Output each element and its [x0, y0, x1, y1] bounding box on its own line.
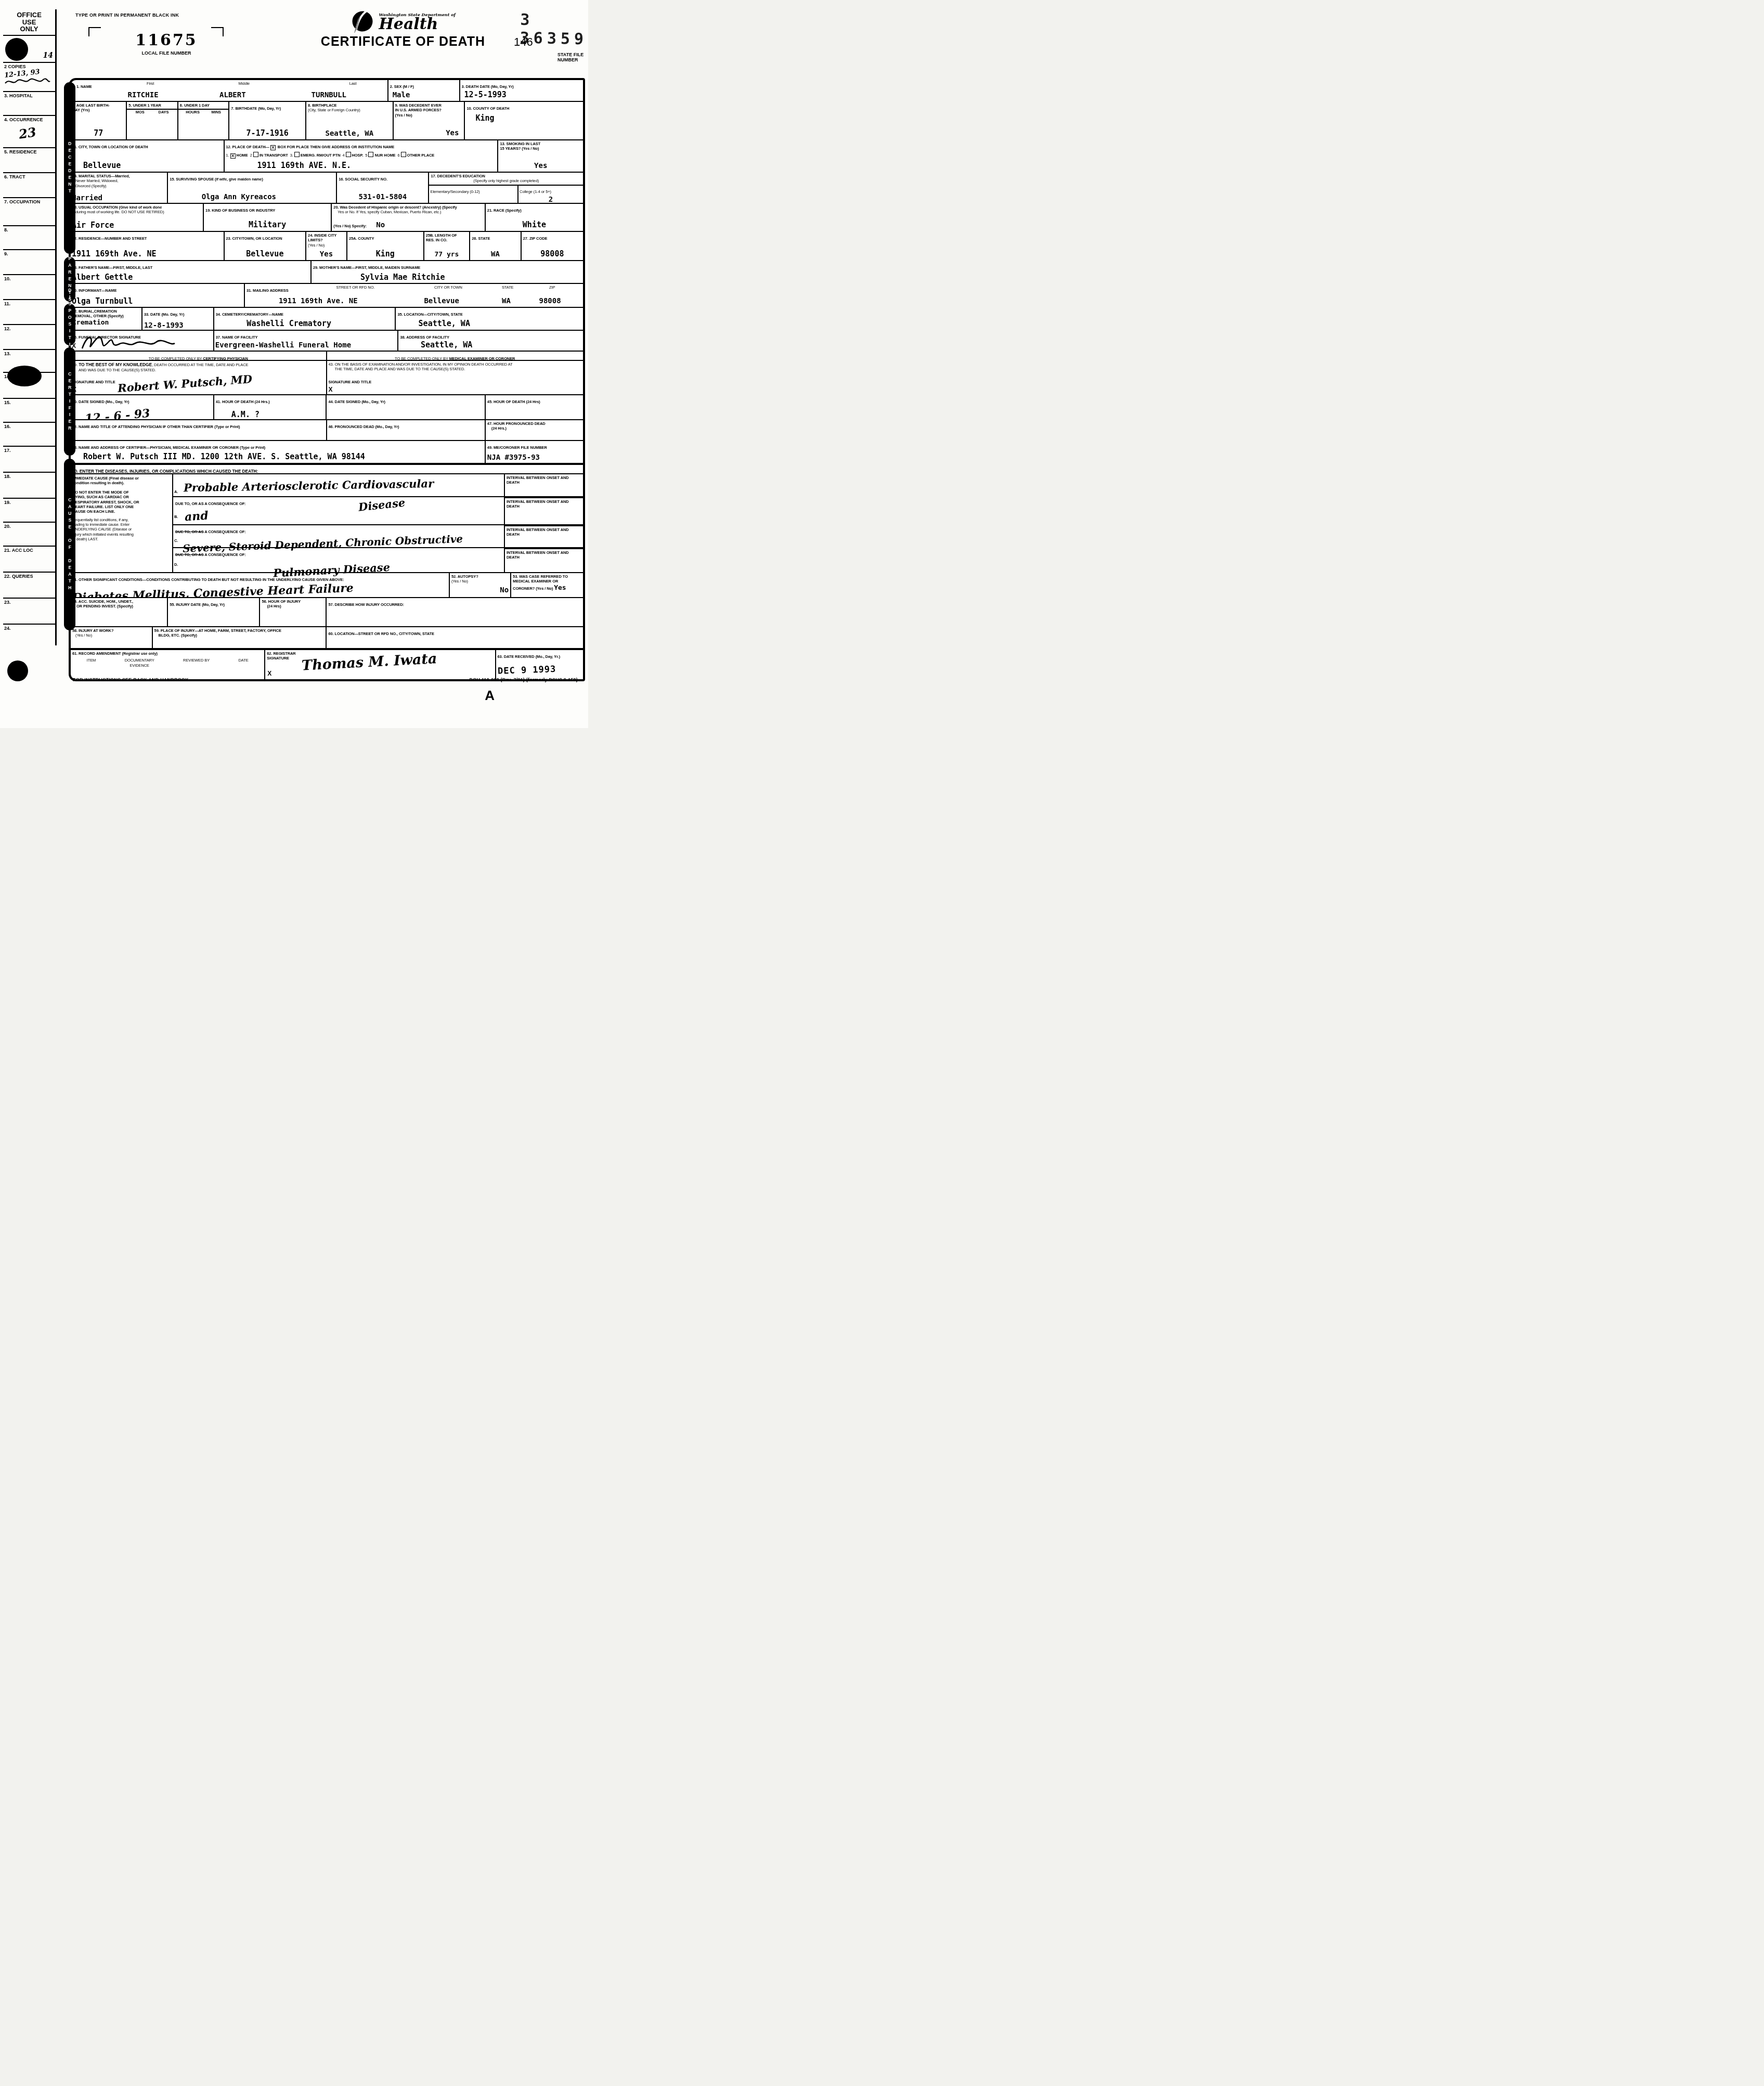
- margin-item: 19.: [3, 499, 55, 523]
- margin-item: 6. TRACT: [3, 173, 55, 198]
- field-hispanic-origin: 20. Was Decedent of Hispanic origin or d…: [332, 204, 486, 231]
- inside-city-value: Yes: [306, 250, 346, 258]
- cause-a-value-continued: Disease: [358, 496, 406, 513]
- copies-cell: 2 COPIES 12-13, 93: [3, 63, 55, 92]
- interval-b: INTERVAL BETWEEN ONSET ANDDEATH: [504, 497, 583, 524]
- home-checkbox: X: [230, 153, 236, 159]
- field-inside-city-limits: 24. INSIDE CITY LIMITS? (Yes / No) Yes: [306, 232, 347, 260]
- mailing-state-value: WA: [502, 297, 511, 305]
- row-certifier-name: 48. NAME AND ADDRESS OF CERTIFIER—PHYSIC…: [71, 441, 583, 464]
- name-middle-value: ALBERT: [219, 91, 246, 99]
- mailing-zip-value: 98008: [539, 297, 561, 305]
- field-cemetery-location: 35. LOCATION—CITY/TOWN, STATE Seattle, W…: [396, 308, 583, 330]
- field-city-of-death: 11. CITY, TOWN OR LOCATION OF DEATH Bell…: [71, 140, 225, 172]
- place-of-death-address-value: 1911 169th AVE. N.E.: [257, 161, 496, 170]
- city-of-death-value: Bellevue: [83, 161, 121, 170]
- field-residence-county: 25A. COUNTY King: [347, 232, 424, 260]
- field-cemetery: 34. CEMETERY/CREMATORY—NAME Washelli Cre…: [214, 308, 396, 330]
- ssn-value: 531-01-5804: [337, 193, 428, 201]
- row-injury-bottom: 58. INJURY AT WORK? (Yes / No) 59. PLACE…: [71, 627, 583, 649]
- certifying-physician-signature: Robert W. Putsch, MD: [117, 372, 252, 394]
- cause-instructions: IMMEDIATE CAUSE (Final disease or condit…: [71, 474, 173, 572]
- field-marital-status: 14. MARITAL STATUS—Married, Never Marrie…: [71, 173, 168, 203]
- disposition-date-value: 12-8-1993: [144, 321, 212, 330]
- informant-value: Olga Turnbull: [72, 296, 133, 306]
- field-informant: 30. INFORMANT—NAME Olga Turnbull: [71, 284, 245, 307]
- office-use-margin: OFFICE USE ONLY 14 2 COPIES 12-13, 93 3.…: [3, 9, 57, 645]
- field-57-how-injury: 57. DESCRIBE HOW INJURY OCCURRED:: [327, 598, 583, 626]
- field-60-injury-location: 60. LOCATION—STREET OR RFD NO., CITY/TOW…: [327, 627, 583, 648]
- field-49-me-file-number: 49. ME/CORONER FILE NUMBER NJA #3975-93: [486, 441, 583, 463]
- hour-of-death-value: A.M. ?: [231, 410, 325, 419]
- margin-item: 7. OCCUPATION: [3, 198, 55, 226]
- field-industry: 19. KIND OF BUSINESS OR INDUSTRY Militar…: [204, 204, 332, 231]
- copies-label: 2 COPIES: [4, 64, 26, 69]
- birthdate-value: 7-17-1916: [229, 128, 305, 138]
- footer-instructions: FOR INSTRUCTIONS SEE BACK AND HANDBOOK: [73, 677, 189, 682]
- certifier-name-value: Robert W. Putsch III MD. 1200 12th AVE. …: [83, 452, 365, 461]
- place-of-death-options: 1.XHOME 2IN TRANSPORT 3.EMERG. RM/OUT PT…: [226, 152, 496, 159]
- hosp-checkbox: [346, 152, 351, 157]
- ink-blob: [7, 660, 28, 681]
- field-56-injury-hour: 56. HOUR OF INJURY (24 Hrs): [260, 598, 327, 626]
- row-date-signed: 40. DATE SIGNED (Mo., Day, Yr) 12 - 6 - …: [71, 395, 583, 420]
- field-county-of-death: 10. COUNTY OF DEATH King: [465, 102, 583, 139]
- mother-name-value: Sylvia Mae Ritchie: [360, 273, 445, 282]
- row-attending-physician: 42. NAME AND TITLE OF ATTENDING PHYSICIA…: [71, 420, 583, 441]
- birthplace-value: Seattle, WA: [306, 129, 392, 138]
- age-value: 77: [71, 128, 126, 138]
- footer-form-number: DOH 110-008 (Rev. 7/91) (formerly DSHS 9…: [470, 677, 578, 682]
- field-facility-name: 37. NAME OF FACILITY Evergreen-Washelli …: [214, 331, 399, 351]
- field-40-date-signed: 40. DATE SIGNED (Mo., Day, Yr) 12 - 6 - …: [71, 395, 214, 419]
- field-surviving-spouse: 15. SURVIVING SPOUSE (if wife, give maid…: [168, 173, 337, 203]
- margin-item: 24.: [3, 625, 55, 645]
- ink-blob: [7, 366, 42, 386]
- field-funeral-director-signature: 36. FUNERAL DIRECTOR SIGNATURE X: [71, 331, 214, 351]
- field-under-1-year: 5. UNDER 1 YEAR MOS DAYS: [127, 102, 178, 139]
- field-54-acc-suicide: 54. ACC. SUICIDE, HOM., UNDET., OR PENDI…: [71, 598, 168, 626]
- margin-item: 18.: [3, 473, 55, 499]
- date-received-stamp: DEC 9 1993: [497, 663, 581, 677]
- field-50-cause-header: 50. ENTER THE DISEASES, INJURIES, OR COM…: [71, 465, 583, 473]
- field-mother-name: 29. MOTHER'S NAME—FIRST, MIDDLE, MAIDEN …: [312, 261, 583, 283]
- field-48-certifier-name: 48. NAME AND ADDRESS OF CERTIFIER—PHYSIC…: [71, 441, 486, 463]
- industry-value: Military: [204, 220, 331, 229]
- field-ssn: 16. SOCIAL SECURITY NO. 531-01-5804: [337, 173, 429, 203]
- field-education: 17. DECEDENT'S EDUCATION (Specify only h…: [429, 173, 583, 203]
- office-use-only-label: OFFICE USE ONLY: [3, 9, 55, 36]
- me-file-number-value: NJA #3975-93: [487, 454, 581, 462]
- logo-health-text: Health: [379, 17, 456, 31]
- hispanic-value: No: [376, 221, 385, 229]
- margin-item: 8.: [3, 226, 55, 250]
- field-42-attending-physician: 42. NAME AND TITLE OF ATTENDING PHYSICIA…: [71, 420, 327, 440]
- field-mailing-address: 31. MAILING ADDRESS STREET OR RFD NO. CI…: [245, 284, 583, 307]
- residence-state-value: WA: [470, 250, 521, 258]
- residence-city-value: Bellevue: [225, 249, 306, 258]
- margin-item: 10.: [3, 275, 55, 300]
- field-under-1-day: 6. UNDER 1 DAY HOURS MINS: [178, 102, 230, 139]
- field-smoking: 13. SMOKING IN LAST 15 YEARS? (Yes / No)…: [498, 140, 583, 172]
- field-41-hour-of-death: 41. HOUR OF DEATH (24 Hrs.) A.M. ?: [214, 395, 327, 419]
- marital-status-value: Married: [72, 194, 102, 202]
- health-department-logo: Washington State Department of Health CE…: [317, 9, 489, 49]
- row-parents: 28. FATHER'S NAME—FIRST, MIDDLE, LAST Al…: [71, 261, 583, 284]
- cause-of-death-block: IMMEDIATE CAUSE (Final disease or condit…: [71, 474, 583, 573]
- local-file-number-block: 11675 LOCAL FILE NUMBER: [88, 27, 244, 56]
- field-45-hour-of-death: 45. HOUR OF DEATH (24 Hrs): [486, 395, 583, 419]
- banner-medical-examiner: TO BE COMPLETED ONLY BY MEDICAL EXAMINER…: [327, 352, 583, 360]
- margin-item: 22. QUERIES: [3, 573, 55, 599]
- facility-address-value: Seattle, WA: [421, 340, 472, 349]
- residence-county-value: King: [347, 249, 423, 258]
- occurrence-handwritten-value: 23: [18, 122, 55, 141]
- field-armed-forces: 9. WAS DECEDENT EVER IN U.S. ARMED FORCE…: [394, 102, 465, 139]
- cause-a-value: Probable Arteriosclerotic Cardiovascular: [184, 476, 502, 495]
- field-facility-address: 38. ADDRESS OF FACILITY Seattle, WA: [398, 331, 583, 351]
- field-disposition-date: 33. DATE (Mo. Day, Yr) 12-8-1993: [142, 308, 214, 330]
- education-elementary: Elementary/Secondary (0-12): [429, 186, 518, 203]
- field-51-other-conditions: 51. OTHER SIGNIFICANT CONDITIONS—CONDITI…: [71, 573, 450, 597]
- field-birthplace: 8. BIRTHPLACE (City, State or Foreign Co…: [306, 102, 393, 139]
- residence-street-value: 1911 169th Ave. NE: [72, 249, 157, 258]
- name-first-value: RITCHIE: [128, 91, 159, 99]
- field-43-statement: 43. ON THE BASIS OF EXAMINATION AND/OR I…: [327, 361, 583, 394]
- field-44-date-signed: 44. DATE SIGNED (Mo., Day, Yr): [327, 395, 485, 419]
- margin-item: 17.: [3, 447, 55, 473]
- referred-value: Yes: [554, 584, 566, 592]
- armed-forces-value: Yes: [446, 129, 459, 137]
- margin-item: 20.: [3, 523, 55, 547]
- education-college-value: 2: [520, 196, 582, 203]
- row-cause-header: 50. ENTER THE DISEASES, INJURIES, OR COM…: [71, 464, 583, 474]
- field-46-pronounced-dead: 46. PRONOUNCED DEAD (Mo., Day, Yr): [327, 420, 486, 440]
- field-occupation: 18. USUAL OCCUPATION (Give kind of work …: [71, 204, 204, 231]
- cause-b-value: and: [184, 509, 209, 524]
- race-value: White: [486, 220, 583, 229]
- field-52-autopsy: 52. AUTOPSY? (Yes / No) No: [450, 573, 511, 597]
- office-use-blob-cell: 14: [3, 36, 55, 63]
- margin-item: 3. HOSPITAL: [3, 92, 55, 116]
- local-file-number-label: LOCAL FILE NUMBER: [88, 50, 244, 56]
- bracket-mark: [88, 27, 101, 36]
- row-informant: 30. INFORMANT—NAME Olga Turnbull 31. MAI…: [71, 284, 583, 308]
- field-47-hour-pronounced: 47. HOUR PRONOUNCED DEAD (24 Hrs.): [486, 420, 583, 440]
- field-place-of-death: 12. PLACE OF DEATH—X BOX FOR PLACE THEN …: [225, 140, 499, 172]
- field-residence-street: 22. RESIDENCE—NUMBER AND STREET 1911 169…: [71, 232, 225, 260]
- field-zip: 27. ZIP CODE 98008: [522, 232, 583, 260]
- bracket-mark: [211, 27, 224, 36]
- field-58-injury-at-work: 58. INJURY AT WORK? (Yes / No): [71, 627, 153, 648]
- row-place-of-death: 11. CITY, TOWN OR LOCATION OF DEATH Bell…: [71, 140, 583, 173]
- margin-item: 16.: [3, 423, 55, 447]
- footer-mark-a: A: [485, 688, 495, 704]
- margin-item: 15.: [3, 399, 55, 423]
- sex-value: Male: [393, 91, 410, 99]
- interval-a: INTERVAL BETWEEN ONSET ANDDEATH: [504, 474, 583, 496]
- field-burial-cremation: 32. BURIAL,CREMATION REMOVAL, OTHER (Spe…: [71, 308, 142, 330]
- field-age: 4. AGE LAST BIRTH- DAY (Yrs) 77: [71, 102, 127, 139]
- field-sex: 2. SEX (M / F) Male: [388, 80, 460, 101]
- field-name: 1. NAME First Middle Last RITCHIE ALBERT…: [71, 80, 388, 101]
- row-age-birth: 4. AGE LAST BIRTH- DAY (Yrs) 77 5. UNDER…: [71, 102, 583, 140]
- field-61-record-amendment: 61. RECORD AMENDMENT (Registrar use only…: [71, 650, 265, 679]
- row-funeral-director: 36. FUNERAL DIRECTOR SIGNATURE X 37. NAM…: [71, 331, 583, 352]
- nur-home-checkbox: [368, 152, 373, 157]
- interval-c: INTERVAL BETWEEN ONSET ANDDEATH: [504, 525, 583, 547]
- margin-item: 23.: [3, 599, 55, 625]
- emerg-rm-checkbox: [294, 152, 300, 157]
- other-place-checkbox: [401, 152, 406, 157]
- row-occupation: 18. USUAL OCCUPATION (Give kind of work …: [71, 204, 583, 232]
- cause-line-c: DUE TO, OR AS A CONSEQUENCE OF: C. Sever…: [173, 525, 583, 548]
- margin-item-14: 14.: [3, 373, 55, 399]
- in-transport-checkbox: [253, 152, 258, 157]
- field-race: 21. RACE (Specify) White: [486, 204, 583, 231]
- row-marital: 14. MARITAL STATUS—Married, Never Marrie…: [71, 173, 583, 204]
- row-registrar: 61. RECORD AMENDMENT (Registrar use only…: [71, 649, 583, 679]
- handwritten-mark: 14: [43, 51, 53, 60]
- field-birthdate: 7. BIRTHDATE (Mo, Day, Yr) 7-17-1916: [229, 102, 306, 139]
- margin-item: 9.: [3, 250, 55, 275]
- row-name: 1. NAME First Middle Last RITCHIE ALBERT…: [71, 80, 583, 102]
- field-father-name: 28. FATHER'S NAME—FIRST, MIDDLE, LAST Al…: [71, 261, 312, 283]
- field-53-referred: 53. WAS CASE REFERRED TO MEDICAL EXAMINE…: [511, 573, 583, 597]
- mailing-street-value: 1911 169th Ave. NE: [279, 297, 358, 305]
- interval-d: INTERVAL BETWEEN ONSET ANDDEATH: [504, 548, 583, 572]
- field-death-date: 3. DEATH DATE (Mo, Day, Yr) 12-5-1993: [460, 80, 583, 101]
- cause-line-d: DUE TO, OR AS A CONSEQUENCE OF: D. Pulmo…: [173, 548, 583, 572]
- margin-item-occurrence: 4. OCCURRENCE 23: [3, 116, 55, 148]
- row-injury-top: 54. ACC. SUICIDE, HOM., UNDET., OR PENDI…: [71, 598, 583, 627]
- funeral-director-signature: [78, 333, 177, 351]
- county-of-death-value: King: [475, 113, 494, 123]
- autopsy-value: No: [451, 586, 509, 594]
- checked-box-glyph: X: [270, 145, 276, 150]
- row-disposition: 32. BURIAL,CREMATION REMOVAL, OTHER (Spe…: [71, 308, 583, 331]
- row-certifier-banner: TO BE COMPLETED ONLY BY CERTIFYING PHYSI…: [71, 352, 583, 361]
- field-59-place-of-injury: 59. PLACE OF INJURY—AT HOME, FARM, STREE…: [153, 627, 327, 648]
- smoking-value: Yes: [498, 162, 583, 170]
- burial-value: Cremation: [72, 319, 140, 327]
- field-63-date-received: 63. DATE RECEIVED (Mo., Day, Yr.) DEC 9 …: [496, 650, 583, 679]
- death-certificate-scan: OFFICE USE ONLY 14 2 COPIES 12-13, 93 3.…: [0, 0, 588, 728]
- mailing-city-value: Bellevue: [424, 297, 459, 305]
- banner-certifying-physician: TO BE COMPLETED ONLY BY CERTIFYING PHYSI…: [71, 352, 327, 360]
- education-college: College (1-4 or 5+) 2: [518, 186, 583, 203]
- field-39-statement: 39. TO THE BEST OF MY KNOWLEDGE, DEATH O…: [71, 361, 327, 394]
- field-55-injury-date: 55. INJURY DATE (Mo, Day, Yr): [168, 598, 260, 626]
- ink-blob: [5, 38, 28, 61]
- margin-item: 21. ACC LOC: [3, 547, 55, 573]
- certificate-title: CERTIFICATE OF DEATH: [317, 34, 489, 49]
- facility-name-value: Evergreen-Washelli Funeral Home: [215, 341, 351, 349]
- margin-item: 5. RESIDENCE: [3, 148, 55, 173]
- row-certifier-statements: 39. TO THE BEST OF MY KNOWLEDGE, DEATH O…: [71, 361, 583, 395]
- state-file-number-stamp: 3 36359: [520, 11, 588, 48]
- field-length-of-residence: 25B. LENGTH OF RES. IN CO. 77 yrs: [424, 232, 471, 260]
- margin-item: 11.: [3, 300, 55, 325]
- zip-value: 98008: [522, 249, 583, 258]
- spouse-value: Olga Ann Kyreacos: [202, 193, 276, 201]
- length-of-residence-value: 77 yrs: [424, 251, 470, 258]
- name-last-value: TURNBULL: [312, 91, 346, 99]
- cause-line-b: DUE TO, OR AS A CONSEQUENCE OF: Disease …: [173, 497, 583, 525]
- field-62-registrar-signature: 62. REGISTRAR SIGNATURE X Thomas M. Iwat…: [265, 650, 496, 679]
- cause-lines: A. Probable Arteriosclerotic Cardiovascu…: [173, 474, 583, 572]
- field-residence-state: 26. STATE WA: [470, 232, 522, 260]
- field-residence-city: 23. CITY/TOWN, OR LOCATION Bellevue: [225, 232, 307, 260]
- state-file-number-label: STATE FILE NUMBER: [557, 52, 588, 62]
- certificate-form: DECEDENT PARENTS DISPOSITION CERTIFIER C…: [69, 78, 585, 681]
- occupation-value: Air Force: [72, 221, 114, 230]
- row-residence: 22. RESIDENCE—NUMBER AND STREET 1911 169…: [71, 232, 583, 261]
- cause-line-a: A. Probable Arteriosclerotic Cardiovascu…: [173, 474, 583, 497]
- row-other-conditions: 51. OTHER SIGNIFICANT CONDITIONS—CONDITI…: [71, 573, 583, 598]
- death-date-value: 12-5-1993: [464, 90, 507, 99]
- type-note: TYPE OR PRINT IN PERMANENT BLACK INK: [75, 12, 179, 18]
- cemetery-location-value: Seattle, WA: [419, 319, 470, 328]
- margin-item: 12.: [3, 325, 55, 350]
- father-name-value: Albert Gettle: [72, 273, 133, 282]
- health-logo-icon: [348, 7, 377, 36]
- cemetery-value: Washelli Crematory: [247, 319, 331, 328]
